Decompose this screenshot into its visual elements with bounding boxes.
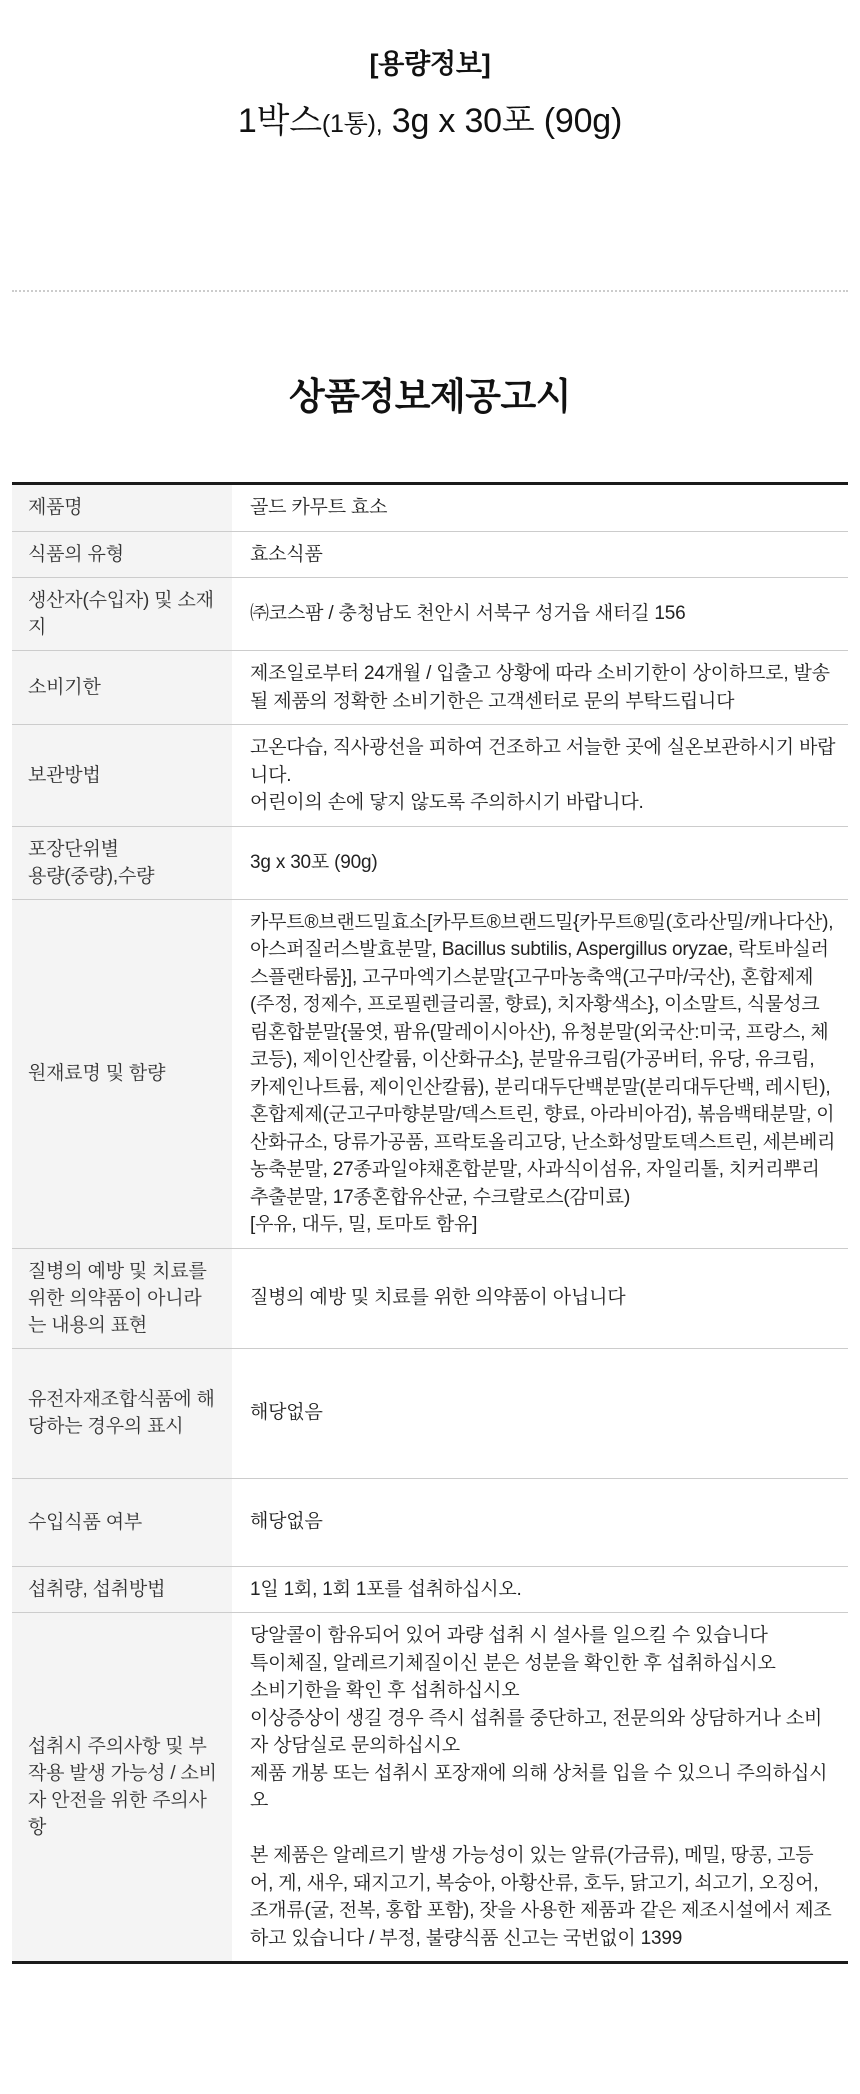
- table-row-dosage: 섭취량, 섭취방법 1일 1회, 1회 1포를 섭취하십시오.: [12, 1567, 848, 1614]
- page-title: 상품정보제공고시: [0, 366, 860, 420]
- capacity-box-count: 1박스: [238, 102, 322, 140]
- row-value: 카무트®브랜드밀효소[카무트®브랜드밀{카무트®밀(호라산밀/캐나다산), 아스…: [232, 900, 848, 1248]
- row-label: 원재료명 및 함량: [12, 900, 232, 1248]
- table-row-not-medicine: 질병의 예방 및 치료를 위한 의약품이 아니라는 내용의 표현 질병의 예방 …: [12, 1249, 848, 1349]
- table-row-product-name: 제품명 골드 카무트 효소: [12, 485, 848, 532]
- capacity-section: [용량정보] 1박스(1통), 3g x 30포 (90g): [0, 0, 860, 142]
- table-row-gmo: 유전자재조합식품에 해당하는 경우의 표시 해당없음: [12, 1349, 848, 1479]
- row-value: ㈜코스팜 / 충청남도 천안시 서북구 성거읍 새터길 156: [232, 578, 848, 650]
- row-label: 수입식품 여부: [12, 1479, 232, 1566]
- row-value: 질병의 예방 및 치료를 위한 의약품이 아닙니다: [232, 1249, 848, 1348]
- row-value: 해당없음: [232, 1349, 848, 1478]
- row-value: 고온다습, 직사광선을 피하여 건조하고 서늘한 곳에 실온보관하시기 바랍니다…: [232, 725, 848, 826]
- capacity-amount: 3g x 30포 (90g): [383, 102, 623, 140]
- row-value: 골드 카무트 효소: [232, 485, 848, 531]
- row-label: 제품명: [12, 485, 232, 531]
- row-label: 포장단위별 용량(중량),수량: [12, 827, 232, 899]
- row-value: 3g x 30포 (90g): [232, 827, 848, 899]
- row-value: 해당없음: [232, 1479, 848, 1566]
- row-label: 보관방법: [12, 725, 232, 826]
- row-value: 효소식품: [232, 532, 848, 578]
- table-row-storage: 보관방법 고온다습, 직사광선을 피하여 건조하고 서늘한 곳에 실온보관하시기…: [12, 725, 848, 827]
- row-label: 유전자재조합식품에 해당하는 경우의 표시: [12, 1349, 232, 1478]
- row-label: 섭취시 주의사항 및 부작용 발생 가능성 / 소비자 안전을 위한 주의사항: [12, 1613, 232, 1961]
- table-row-imported: 수입식품 여부 해당없음: [12, 1479, 848, 1567]
- row-value: 제조일로부터 24개월 / 입출고 상황에 따라 소비기한이 상이하므로, 발송…: [232, 651, 848, 724]
- row-value: 1일 1회, 1회 1포를 섭취하십시오.: [232, 1567, 848, 1613]
- row-label: 섭취량, 섭취방법: [12, 1567, 232, 1613]
- product-info-table: 제품명 골드 카무트 효소 식품의 유형 효소식품 생산자(수입자) 및 소재지…: [12, 482, 848, 1964]
- capacity-box-note: (1통),: [322, 110, 383, 138]
- row-label: 생산자(수입자) 및 소재지: [12, 578, 232, 650]
- table-row-precautions: 섭취시 주의사항 및 부작용 발생 가능성 / 소비자 안전을 위한 주의사항 …: [12, 1613, 848, 1961]
- bottom-spacer: [0, 1964, 860, 2094]
- capacity-line: 1박스(1통), 3g x 30포 (90g): [0, 93, 860, 142]
- row-label: 소비기한: [12, 651, 232, 724]
- table-row-ingredients: 원재료명 및 함량 카무트®브랜드밀효소[카무트®브랜드밀{카무트®밀(호라산밀…: [12, 900, 848, 1249]
- table-row-package-unit: 포장단위별 용량(중량),수량 3g x 30포 (90g): [12, 827, 848, 900]
- table-row-shelf-life: 소비기한 제조일로부터 24개월 / 입출고 상황에 따라 소비기한이 상이하므…: [12, 651, 848, 725]
- table-row-producer: 생산자(수입자) 및 소재지 ㈜코스팜 / 충청남도 천안시 서북구 성거읍 새…: [12, 578, 848, 651]
- capacity-heading: [용량정보]: [0, 42, 860, 81]
- row-label: 식품의 유형: [12, 532, 232, 578]
- table-row-food-type: 식품의 유형 효소식품: [12, 532, 848, 579]
- row-value: 당알콜이 함유되어 있어 과량 섭취 시 설사를 일으킬 수 있습니다 특이체질…: [232, 1613, 848, 1961]
- dotted-divider: [12, 290, 848, 292]
- row-label: 질병의 예방 및 치료를 위한 의약품이 아니라는 내용의 표현: [12, 1249, 232, 1348]
